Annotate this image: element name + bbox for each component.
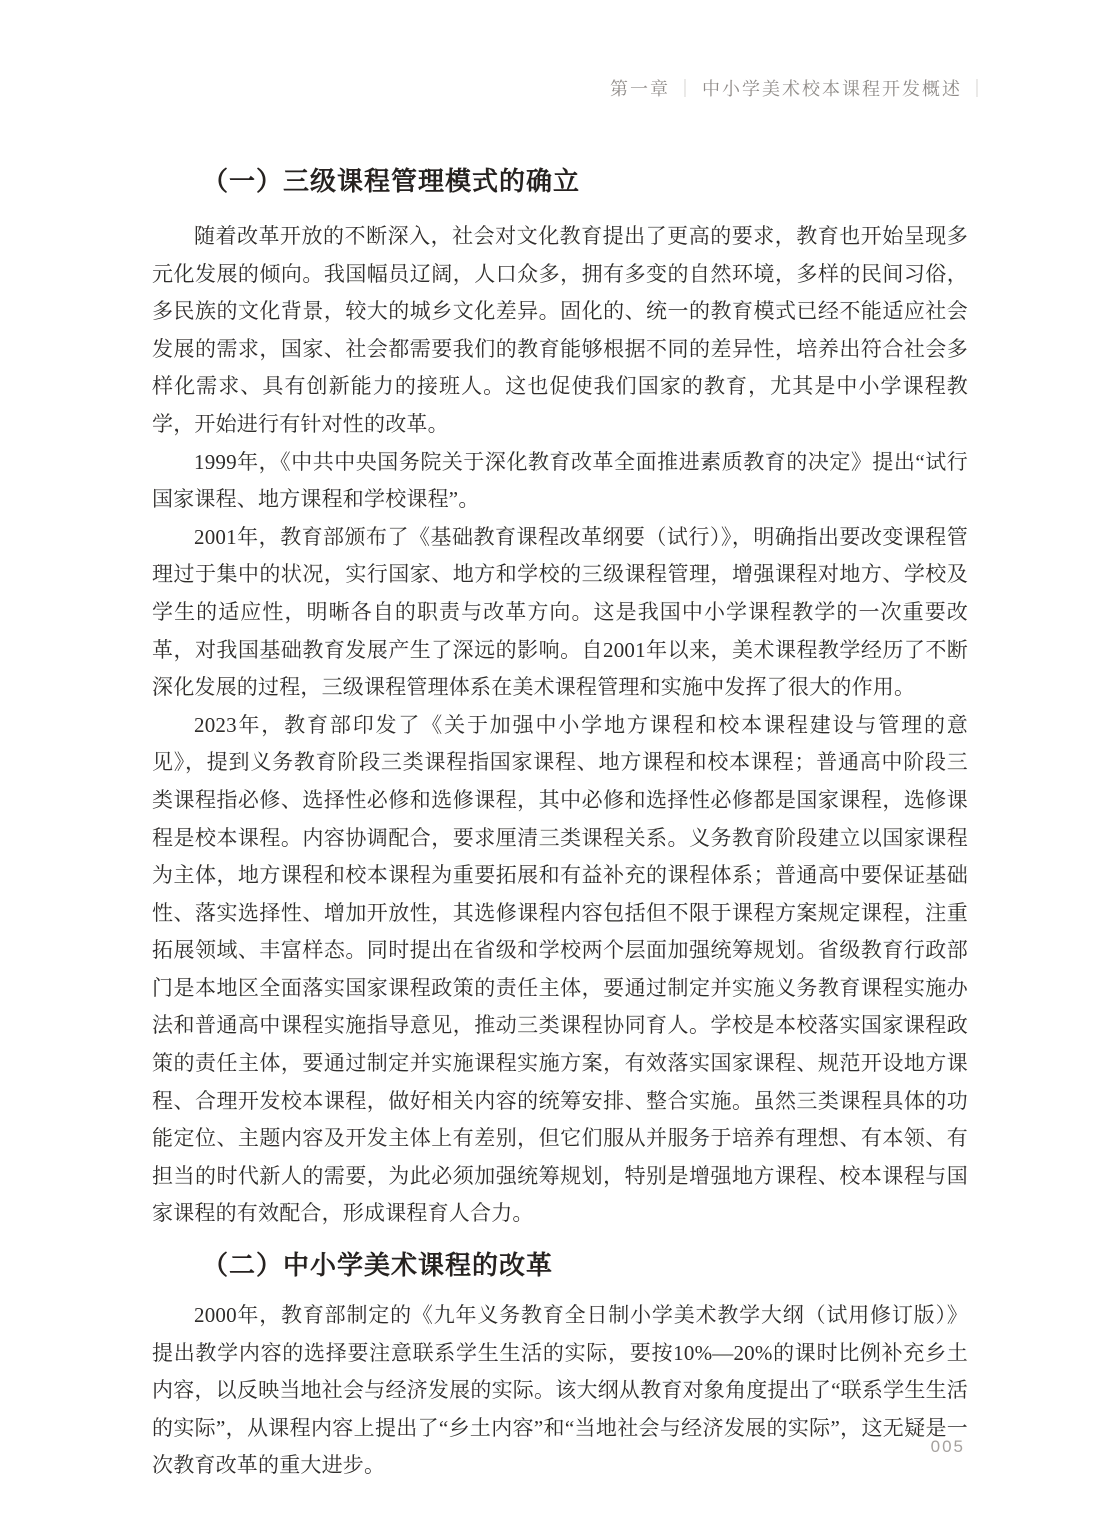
paragraph: 随着改革开放的不断深入，社会对文化教育提出了更高的要求，教育也开始呈现多元化发展…: [152, 218, 968, 444]
paragraph: 1999年，《中共中央国务院关于深化教育改革全面推进素质教育的决定》提出“试行国…: [152, 444, 968, 519]
header-separator: ｜: [670, 79, 702, 99]
running-header: 第一章｜中小学美术校本课程开发概述｜: [610, 78, 994, 100]
paragraph: 2023年，教育部印发了《关于加强中小学地方课程和校本课程建设与管理的意见》，提…: [152, 707, 968, 1233]
page-number: 005: [931, 1437, 965, 1457]
section-heading-2: （二）中小学美术课程的改革: [152, 1247, 968, 1283]
paragraph: 2000年，教育部制定的《九年义务教育全日制小学美术教学大纲（试用修订版）》提出…: [152, 1297, 968, 1485]
chapter-title: 中小学美术校本课程开发概述: [702, 79, 962, 99]
text-column: （一）三级课程管理模式的确立 随着改革开放的不断深入，社会对文化教育提出了更高的…: [152, 163, 968, 1485]
section-heading-1: （一）三级课程管理模式的确立: [152, 163, 968, 199]
book-page: 第一章｜中小学美术校本课程开发概述｜ （一）三级课程管理模式的确立 随着改革开放…: [0, 0, 1100, 1532]
header-separator: ｜: [962, 79, 994, 99]
chapter-label: 第一章: [610, 79, 670, 99]
paragraph: 2001年，教育部颁布了《基础教育课程改革纲要（试行）》，明确指出要改变课程管理…: [152, 519, 968, 707]
